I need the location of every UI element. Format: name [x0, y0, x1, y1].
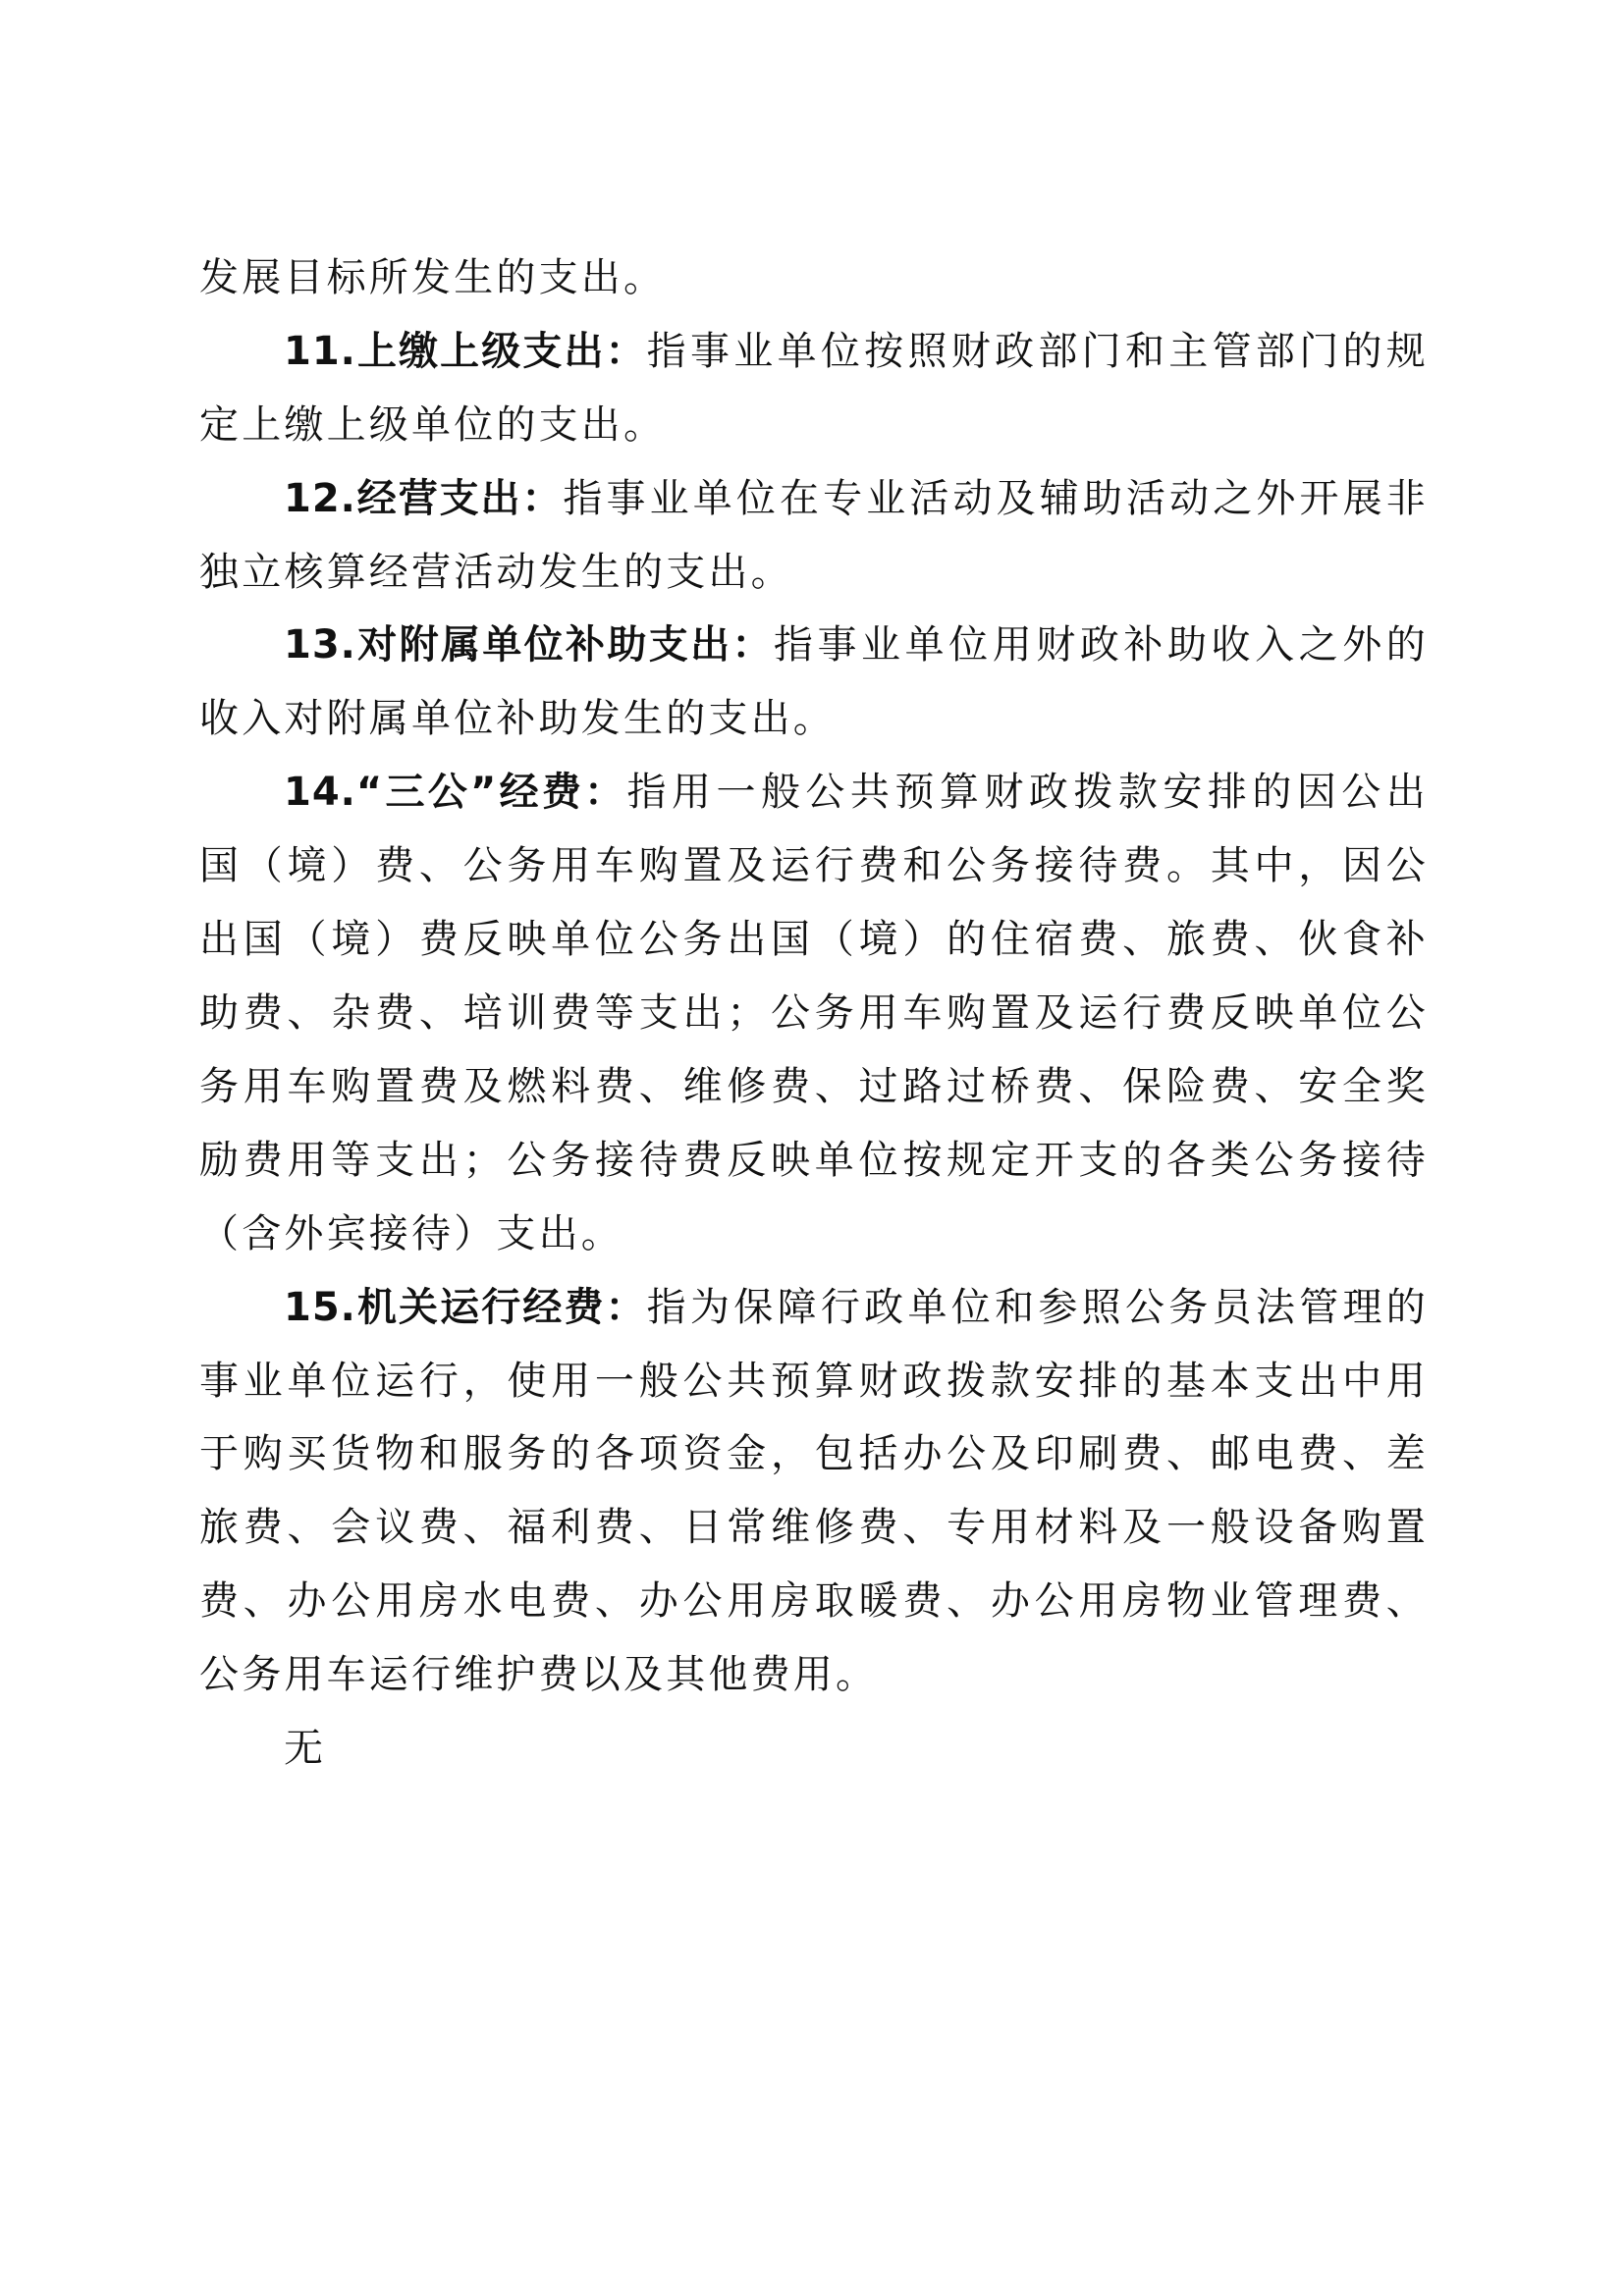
- definition-item-11: 11.上缴上级支出：指事业单位按照财政部门和主管部门的规: [284, 315, 1429, 389]
- definition-text: 国（境）费、公务用车购置及运行费和公务接待费。其中，因公: [199, 829, 1429, 903]
- document-page: 发展目标所发生的支出。 11.上缴上级支出：指事业单位按照财政部门和主管部门的规…: [0, 0, 1624, 2296]
- definition-text: 事业单位运行，使用一般公共预算财政拨款安排的基本支出中用: [199, 1345, 1429, 1418]
- term-label: 13.对附属单位补助支出：: [284, 622, 774, 667]
- definition-text: 指用一般公共预算财政拨款安排的因公出: [626, 770, 1429, 815]
- term-label: 11.上缴上级支出：: [284, 329, 647, 374]
- definition-text: 指为保障行政单位和参照公务员法管理的: [647, 1285, 1429, 1330]
- term-label: 12.经营支出：: [284, 476, 563, 521]
- definition-item-13: 13.对附属单位补助支出：指事业单位用财政补助收入之外的: [284, 609, 1429, 682]
- definition-text: 务用车购置费及燃料费、维修费、过路过桥费、保险费、安全奖: [199, 1050, 1429, 1124]
- definition-text: 指事业单位按照财政部门和主管部门的规: [647, 329, 1429, 374]
- definition-text: （含外宾接待）支出。: [199, 1198, 1429, 1271]
- definition-item-12: 12.经营支出：指事业单位在专业活动及辅助活动之外开展非: [284, 462, 1429, 536]
- term-label: 15.机关运行经费：: [284, 1285, 647, 1330]
- definition-text: 出国（境）费反映单位公务出国（境）的住宿费、旅费、伙食补: [199, 903, 1429, 977]
- definition-text: 独立核算经营活动发生的支出。: [199, 536, 1429, 610]
- closing-text: 无: [284, 1712, 1429, 1786]
- definition-text: 公务用车运行维护费以及其他费用。: [199, 1638, 1429, 1712]
- term-label: 14.“三公”经费：: [284, 770, 626, 815]
- definition-text: 指事业单位在专业活动及辅助活动之外开展非: [563, 476, 1429, 521]
- definition-text: 于购买货物和服务的各项资金，包括办公及印刷费、邮电费、差: [199, 1417, 1429, 1491]
- continuation-text: 发展目标所发生的支出。: [199, 241, 1429, 315]
- definition-text: 收入对附属单位补助发生的支出。: [199, 682, 1429, 756]
- definition-text: 指事业单位用财政补助收入之外的: [774, 622, 1429, 667]
- definition-item-14: 14.“三公”经费：指用一般公共预算财政拨款安排的因公出: [284, 756, 1429, 829]
- definition-text: 费、办公用房水电费、办公用房取暖费、办公用房物业管理费、: [199, 1565, 1429, 1638]
- definition-text: 助费、杂费、培训费等支出；公务用车购置及运行费反映单位公: [199, 977, 1429, 1050]
- definition-text: 励费用等支出；公务接待费反映单位按规定开支的各类公务接待: [199, 1124, 1429, 1198]
- definition-text: 定上缴上级单位的支出。: [199, 389, 1429, 462]
- definition-item-15: 15.机关运行经费：指为保障行政单位和参照公务员法管理的: [284, 1271, 1429, 1345]
- definition-text: 旅费、会议费、福利费、日常维修费、专用材料及一般设备购置: [199, 1491, 1429, 1565]
